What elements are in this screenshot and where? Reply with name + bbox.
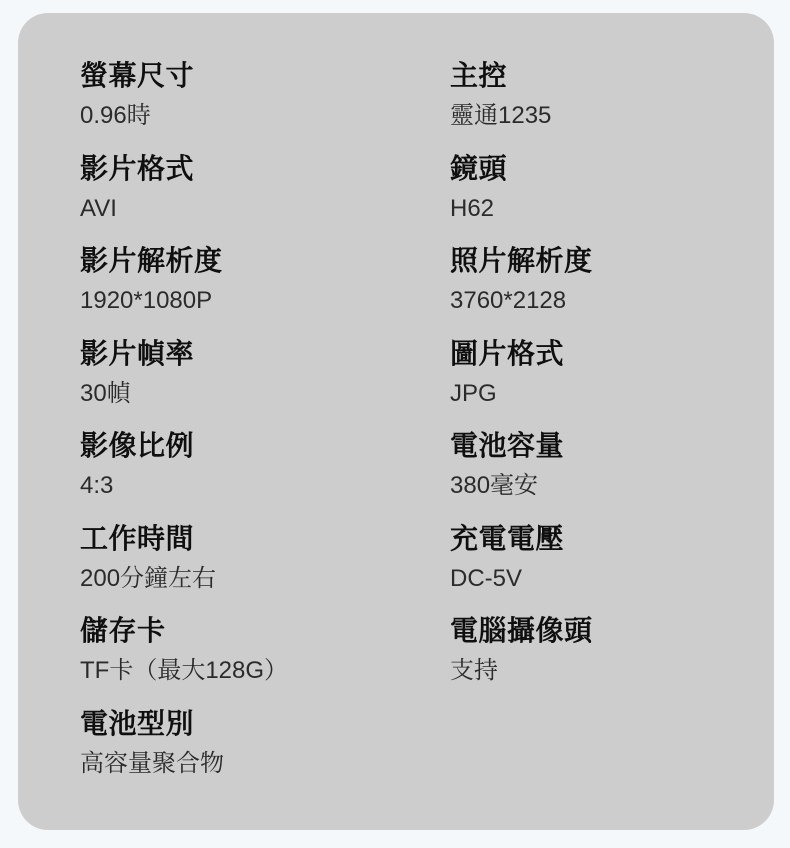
spec-value: 30幀 (80, 380, 450, 408)
spec-item-image-ratio: 影像比例 4:3 (80, 429, 450, 522)
spec-item-webcam-support: 電腦攝像頭 支持 (450, 614, 744, 707)
spec-label: 鏡頭 (450, 152, 744, 185)
spec-value: AVI (80, 195, 450, 223)
spec-content: 螢幕尺寸 0.96時 影片格式 AVI 影片解析度 1920*1080P 影片幀… (80, 59, 744, 799)
spec-value: 4:3 (80, 472, 450, 500)
spec-label: 電池容量 (450, 429, 744, 462)
spec-value: 靈通1235 (450, 102, 744, 130)
spec-label: 電腦攝像頭 (450, 614, 744, 647)
spec-value: H62 (450, 195, 744, 223)
spec-label: 照片解析度 (450, 244, 744, 277)
spec-item-photo-resolution: 照片解析度 3760*2128 (450, 244, 744, 337)
spec-label: 影片解析度 (80, 244, 450, 277)
spec-value: JPG (450, 380, 744, 408)
spec-value: 1920*1080P (80, 287, 450, 315)
spec-item-video-framerate: 影片幀率 30幀 (80, 337, 450, 430)
spec-label: 充電電壓 (450, 522, 744, 555)
spec-value: DC-5V (450, 565, 744, 593)
spec-label: 圖片格式 (450, 337, 744, 370)
spec-item-working-time: 工作時間 200分鐘左右 (80, 522, 450, 615)
spec-label: 主控 (450, 59, 744, 92)
spec-label: 影片幀率 (80, 337, 450, 370)
spec-label: 影片格式 (80, 152, 450, 185)
spec-label: 影像比例 (80, 429, 450, 462)
spec-item-picture-format: 圖片格式 JPG (450, 337, 744, 430)
spec-item-battery-capacity: 電池容量 380毫安 (450, 429, 744, 522)
spec-item-charging-voltage: 充電電壓 DC-5V (450, 522, 744, 615)
spec-value: 3760*2128 (450, 287, 744, 315)
spec-item-storage-card: 儲存卡 TF卡（最大128G） (80, 614, 450, 707)
spec-value: 0.96時 (80, 102, 450, 130)
spec-value: 200分鐘左右 (80, 565, 450, 593)
spec-column-right: 主控 靈通1235 鏡頭 H62 照片解析度 3760*2128 圖片格式 JP… (450, 59, 744, 799)
spec-item-video-resolution: 影片解析度 1920*1080P (80, 244, 450, 337)
spec-column-left: 螢幕尺寸 0.96時 影片格式 AVI 影片解析度 1920*1080P 影片幀… (80, 59, 450, 799)
spec-card: 螢幕尺寸 0.96時 影片格式 AVI 影片解析度 1920*1080P 影片幀… (18, 13, 774, 830)
spec-item-battery-type: 電池型別 高容量聚合物 (80, 707, 450, 800)
spec-value: 高容量聚合物 (80, 750, 450, 778)
spec-item-lens: 鏡頭 H62 (450, 152, 744, 245)
spec-label: 儲存卡 (80, 614, 450, 647)
spec-value: TF卡（最大128G） (80, 657, 450, 685)
spec-label: 電池型別 (80, 707, 450, 740)
spec-value: 380毫安 (450, 472, 744, 500)
spec-label: 工作時間 (80, 522, 450, 555)
spec-value: 支持 (450, 657, 744, 685)
spec-label: 螢幕尺寸 (80, 59, 450, 92)
spec-item-screen-size: 螢幕尺寸 0.96時 (80, 59, 450, 152)
spec-item-main-controller: 主控 靈通1235 (450, 59, 744, 152)
spec-item-video-format: 影片格式 AVI (80, 152, 450, 245)
